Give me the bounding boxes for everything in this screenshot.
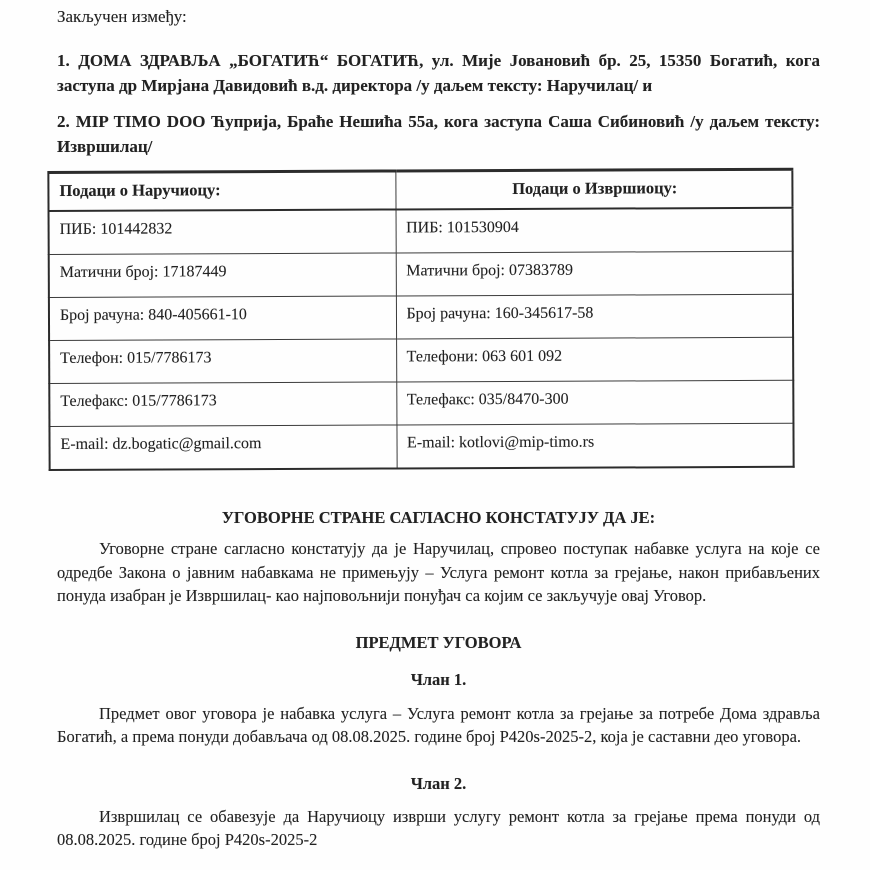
predmet-ugovora-heading: ПРЕДМЕТ УГОВОРА [57,632,820,653]
telefon-narucilac-cell: Телефон: 015/7786173 [49,339,396,384]
table-header-row: Подаци о Наручиоцу: Подаци о Извршиоцу: [48,169,792,211]
party-2-paragraph: 2. MIP TIMO DOO Ћуприја, Браће Нешића 55… [57,109,820,159]
broj-racuna-narucilac-cell: Број рачуна: 840-405661-10 [49,296,396,341]
contract-intro: Закључен између: [57,6,820,28]
table-row-email: E-mail: dz.bogatic@gmail.com E-mail: kot… [49,423,793,470]
broj-racuna-izvrsilac-cell: Број рачуна: 160-345617-58 [396,294,793,339]
party-1-paragraph: 1. ДОМА ЗДРАВЉА „БОГАТИЋ“ БОГАТИЋ, ул. М… [57,48,820,98]
constat-heading: УГОВОРНЕ СТРАНЕ САГЛАСНО КОНСТАТУЈУ ДА Ј… [57,507,820,528]
constat-paragraph: Уговорне стране сагласно констатују да ј… [57,537,820,608]
header-narucilac: Подаци о Наручиоцу: [48,171,395,211]
table-row-telefon: Телефон: 015/7786173 Телефони: 063 601 0… [49,337,793,383]
clan-1-paragraph: Предмет овог уговора је набавка услуга –… [57,702,820,749]
table-row-telefaks: Телефакс: 015/7786173 Телефакс: 035/8470… [49,380,793,426]
table-row-broj-racuna: Број рачуна: 840-405661-10 Број рачуна: … [49,294,793,340]
telefon-izvrsilac-cell: Телефони: 063 601 092 [396,337,793,382]
scanned-contract-page: Закључен између: 1. ДОМА ЗДРАВЉА „БОГАТИ… [0,0,870,870]
telefaks-narucilac-cell: Телефакс: 015/7786173 [49,382,396,427]
maticni-broj-narucilac-cell: Матични број: 17187449 [49,253,396,298]
clan-2-heading: Члан 2. [57,773,820,794]
email-narucilac-cell: E-mail: dz.bogatic@gmail.com [49,425,396,470]
parties-info-table: Подаци о Наручиоцу: Подаци о Извршиоцу: … [47,168,794,471]
contract-content: Закључен између: 1. ДОМА ЗДРАВЉА „БОГАТИ… [0,0,870,852]
email-izvrsilac-cell: E-mail: kotlovi@mip-timo.rs [396,423,793,468]
maticni-broj-izvrsilac-cell: Матични број: 07383789 [396,251,793,296]
table-row-maticni-broj: Матични број: 17187449 Матични број: 073… [49,251,793,297]
telefaks-izvrsilac-cell: Телефакс: 035/8470-300 [396,380,793,425]
clan-1-heading: Члан 1. [57,669,820,690]
pib-narucilac-cell: ПИБ: 101442832 [49,209,396,254]
pib-izvrsilac-cell: ПИБ: 101530904 [396,208,793,253]
table-row-pib: ПИБ: 101442832 ПИБ: 101530904 [49,208,793,255]
header-izvrsilac: Подаци о Извршиоцу: [395,169,792,209]
clan-2-paragraph: Извршилац се обавезује да Наручиоцу извр… [57,805,820,852]
